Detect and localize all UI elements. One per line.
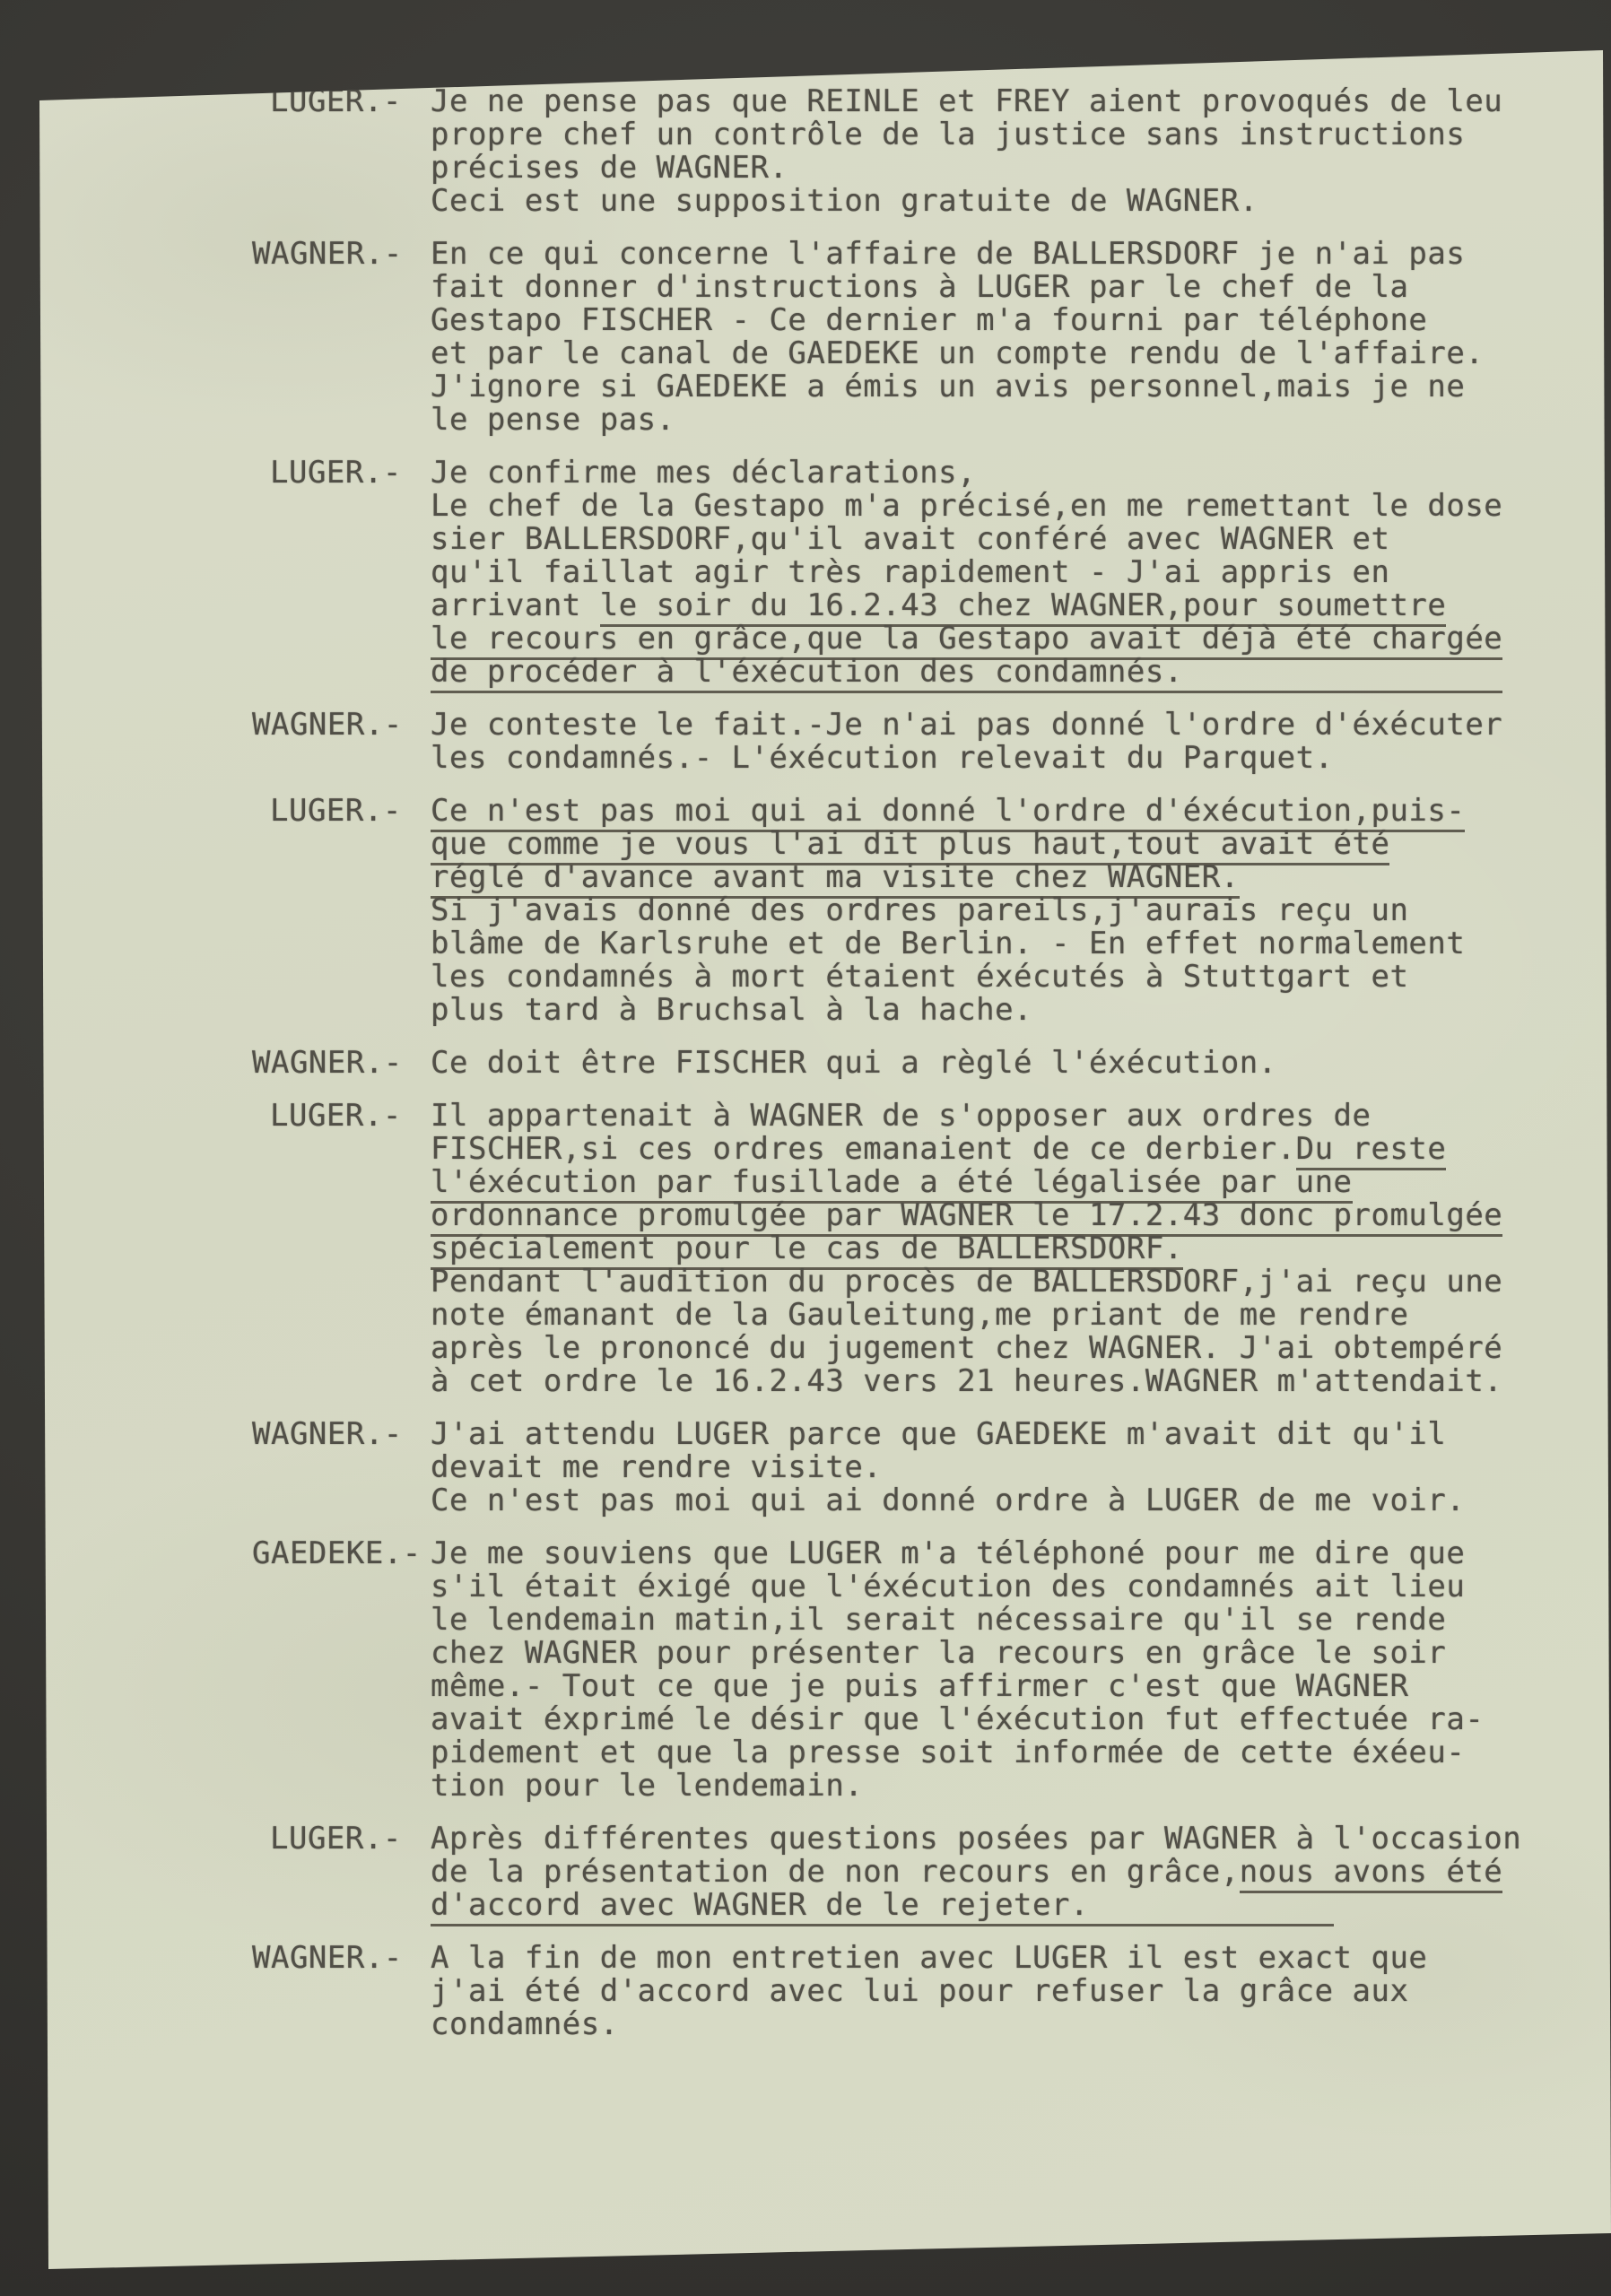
dialogue-entry: LUGER.-Je ne pense pas que REINLE et FRE… xyxy=(252,85,1611,218)
text-segment: s'il était éxigé que l'éxécution des con… xyxy=(431,1569,1465,1605)
text-segment: qu'il faillat agir très rapidement - J'a… xyxy=(431,554,1389,590)
dialogue-line: les condamnés.- L'éxécution relevait du … xyxy=(431,742,1611,775)
text-segment: sier BALLERSDORF,qu'il avait conféré ave… xyxy=(431,521,1389,557)
dialogue-line: sier BALLERSDORF,qu'il avait conféré ave… xyxy=(431,523,1611,556)
text-segment: tion pour le lendemain. xyxy=(431,1768,863,1804)
text-segment: Si j'avais donné des ordres pareils,j'au… xyxy=(431,892,1408,928)
dialogue-line: les condamnés à mort étaient éxécutés à … xyxy=(431,961,1611,994)
text-segment: A la fin de mon entretien avec LUGER il … xyxy=(431,1940,1427,1976)
dialogue-line: pidement et que la presse soit informée … xyxy=(431,1736,1611,1770)
text-segment: chez WAGNER pour présenter la recours en… xyxy=(431,1635,1446,1671)
dialogue-line: précises de WAGNER. xyxy=(431,152,1611,185)
text-segment: Ce n'est pas moi qui ai donné ordre à LU… xyxy=(431,1483,1465,1518)
text-segment: Je ne pense pas que REINLE et FREY aient… xyxy=(431,83,1502,119)
text-segment: J'ai attendu LUGER parce que GAEDEKE m'a… xyxy=(431,1416,1446,1452)
speaker-label: LUGER.- xyxy=(252,457,431,689)
dialogue-line: Je confirme mes déclarations, xyxy=(431,457,1611,490)
text-segment: les condamnés.- L'éxécution relevait du … xyxy=(431,740,1334,776)
dialogue-line: spécialement pour le cas de BALLERSDORF. xyxy=(431,1232,1611,1265)
speaker-label: WAGNER.- xyxy=(252,1047,431,1080)
speaker-label: LUGER.- xyxy=(252,1100,431,1398)
dialogue-paragraph: Je conteste le fait.-Je n'ai pas donné l… xyxy=(431,709,1611,775)
dialogue-line: devait me rendre visite. xyxy=(431,1451,1611,1484)
dialogue-line: Ceci est une supposition gratuite de WAG… xyxy=(431,185,1611,218)
text-segment: Gestapo FISCHER - Ce dernier m'a fourni … xyxy=(431,302,1427,338)
dialogue-entry: WAGNER.-A la fin de mon entretien avec L… xyxy=(252,1942,1611,2041)
text-segment: J'ignore si GAEDEKE a émis un avis perso… xyxy=(431,369,1465,404)
speaker-label: WAGNER.- xyxy=(252,1418,431,1518)
dialogue: LUGER.-Je ne pense pas que REINLE et FRE… xyxy=(252,85,1611,2061)
dialogue-line: avait éxprimé le désir que l'éxécution f… xyxy=(431,1703,1611,1736)
dialogue-line: chez WAGNER pour présenter la recours en… xyxy=(431,1637,1611,1670)
speaker-label: LUGER.- xyxy=(252,1822,431,1922)
text-segment: avait éxprimé le désir que l'éxécution f… xyxy=(431,1701,1484,1737)
dialogue-entry: GAEDEKE.-Je me souviens que LUGER m'a té… xyxy=(252,1537,1611,1803)
dialogue-entry: WAGNER.-Je conteste le fait.-Je n'ai pas… xyxy=(252,709,1611,775)
dialogue-entry: WAGNER.-J'ai attendu LUGER parce que GAE… xyxy=(252,1418,1611,1518)
dialogue-line: s'il était éxigé que l'éxécution des con… xyxy=(431,1570,1611,1604)
text-segment: En ce qui concerne l'affaire de BALLERSD… xyxy=(431,236,1465,272)
dialogue-line: le pense pas. xyxy=(431,404,1611,437)
document-page: LUGER.-Je ne pense pas que REINLE et FRE… xyxy=(0,0,1611,2296)
text-segment: après le prononcé du jugement chez WAGNE… xyxy=(431,1330,1502,1366)
dialogue-line: plus tard à Bruchsal à la hache. xyxy=(431,994,1611,1027)
underlined-text: d'accord avec WAGNER de le rejeter. xyxy=(431,1887,1334,1926)
text-segment: pidement et que la presse soit informée … xyxy=(431,1735,1465,1770)
text-segment: précises de WAGNER. xyxy=(431,150,788,186)
dialogue-paragraph: En ce qui concerne l'affaire de BALLERSD… xyxy=(431,238,1611,437)
dialogue-line: ordonnance promulgée par WAGNER le 17.2.… xyxy=(431,1199,1611,1232)
dialogue-line: que comme je vous l'ai dit plus haut,tou… xyxy=(431,828,1611,861)
text-segment: de la présentation de non recours en grâ… xyxy=(431,1854,1240,1890)
dialogue-line: Le chef de la Gestapo m'a précisé,en me … xyxy=(431,490,1611,523)
dialogue-line: le recours en grâce,que la Gestapo avait… xyxy=(431,622,1611,656)
dialogue-entry: LUGER.-Il appartenait à WAGNER de s'oppo… xyxy=(252,1100,1611,1398)
text-segment: à cet ordre le 16.2.43 vers 21 heures.WA… xyxy=(431,1363,1502,1399)
speaker-label: LUGER.- xyxy=(252,85,431,218)
dialogue-line: de procéder à l'éxécution des condamnés. xyxy=(431,656,1611,689)
speaker-label: WAGNER.- xyxy=(252,709,431,775)
dialogue-line: Gestapo FISCHER - Ce dernier m'a fourni … xyxy=(431,304,1611,337)
dialogue-paragraph: Il appartenait à WAGNER de s'opposer aux… xyxy=(431,1100,1611,1398)
dialogue-paragraph: Je me souviens que LUGER m'a téléphoné p… xyxy=(431,1537,1611,1803)
text-segment: le lendemain matin,il serait nécessaire … xyxy=(431,1602,1446,1638)
text-segment: Le chef de la Gestapo m'a précisé,en me … xyxy=(431,488,1502,524)
speaker-label: LUGER.- xyxy=(252,795,431,1027)
dialogue-paragraph: Je confirme mes déclarations,Le chef de … xyxy=(431,457,1611,689)
text-segment: propre chef un contrôle de la justice sa… xyxy=(431,117,1465,152)
dialogue-paragraph: Ce doit être FISCHER qui a règlé l'éxécu… xyxy=(431,1047,1611,1080)
text-segment: les condamnés à mort étaient éxécutés à … xyxy=(431,959,1408,995)
dialogue-entry: LUGER.-Ce n'est pas moi qui ai donné l'o… xyxy=(252,795,1611,1027)
text-segment: Après différentes questions posées par W… xyxy=(431,1821,1521,1857)
dialogue-line: de la présentation de non recours en grâ… xyxy=(431,1856,1611,1889)
dialogue-line: En ce qui concerne l'affaire de BALLERSD… xyxy=(431,238,1611,271)
dialogue-line: Après différentes questions posées par W… xyxy=(431,1822,1611,1856)
dialogue-line: note émanant de la Gauleitung,me priant … xyxy=(431,1299,1611,1332)
dialogue-line: Ce doit être FISCHER qui a règlé l'éxécu… xyxy=(431,1047,1611,1080)
dialogue-line: Il appartenait à WAGNER de s'opposer aux… xyxy=(431,1100,1611,1133)
dialogue-line: j'ai été d'accord avec lui pour refuser … xyxy=(431,1975,1611,2008)
dialogue-line: d'accord avec WAGNER de le rejeter. xyxy=(431,1889,1611,1922)
dialogue-line: réglé d'avance avant ma visite chez WAGN… xyxy=(431,861,1611,894)
dialogue-line: arrivant le soir du 16.2.43 chez WAGNER,… xyxy=(431,589,1611,622)
dialogue-line: le lendemain matin,il serait nécessaire … xyxy=(431,1604,1611,1637)
text-segment: j'ai été d'accord avec lui pour refuser … xyxy=(431,1973,1408,2009)
text-segment: Je confirme mes déclarations, xyxy=(431,455,976,491)
dialogue-entry: LUGER.-Après différentes questions posée… xyxy=(252,1822,1611,1922)
dialogue-paragraph: Ce n'est pas moi qui ai donné l'ordre d'… xyxy=(431,795,1611,1027)
dialogue-paragraph: Je ne pense pas que REINLE et FREY aient… xyxy=(431,85,1611,218)
text-segment: Je me souviens que LUGER m'a téléphoné p… xyxy=(431,1535,1465,1571)
dialogue-entry: WAGNER.-En ce qui concerne l'affaire de … xyxy=(252,238,1611,437)
text-segment: Je conteste le fait.-Je n'ai pas donné l… xyxy=(431,707,1502,743)
dialogue-line: après le prononcé du jugement chez WAGNE… xyxy=(431,1332,1611,1365)
underlined-text: de procéder à l'éxécution des condamnés. xyxy=(431,654,1502,693)
dialogue-line: à cet ordre le 16.2.43 vers 21 heures.WA… xyxy=(431,1365,1611,1398)
dialogue-line: propre chef un contrôle de la justice sa… xyxy=(431,118,1611,152)
text-segment: note émanant de la Gauleitung,me priant … xyxy=(431,1297,1408,1333)
dialogue-paragraph: A la fin de mon entretien avec LUGER il … xyxy=(431,1942,1611,2041)
text-segment: et par le canal de GAEDEKE un compte ren… xyxy=(431,335,1484,371)
speaker-label: WAGNER.- xyxy=(252,1942,431,2041)
dialogue-line: FISCHER,si ces ordres emanaient de ce de… xyxy=(431,1133,1611,1166)
dialogue-line: Si j'avais donné des ordres pareils,j'au… xyxy=(431,894,1611,927)
dialogue-line: qu'il faillat agir très rapidement - J'a… xyxy=(431,556,1611,589)
text-segment: Ce doit être FISCHER qui a règlé l'éxécu… xyxy=(431,1045,1277,1081)
text-segment: fait donner d'instructions à LUGER par l… xyxy=(431,269,1408,305)
speaker-label: WAGNER.- xyxy=(252,238,431,437)
speaker-label: GAEDEKE.- xyxy=(252,1537,431,1803)
dialogue-line: fait donner d'instructions à LUGER par l… xyxy=(431,271,1611,304)
text-segment: même.- Tout ce que je puis affirmer c'es… xyxy=(431,1668,1408,1704)
dialogue-line: Je ne pense pas que REINLE et FREY aient… xyxy=(431,85,1611,118)
dialogue-line: blâme de Karlsruhe et de Berlin. - En ef… xyxy=(431,927,1611,961)
dialogue-line: Ce n'est pas moi qui ai donné ordre à LU… xyxy=(431,1484,1611,1518)
text-segment: le pense pas. xyxy=(431,402,675,438)
dialogue-line: et par le canal de GAEDEKE un compte ren… xyxy=(431,337,1611,370)
dialogue-line: l'éxécution par fusillade a été légalisé… xyxy=(431,1166,1611,1199)
dialogue-line: Je conteste le fait.-Je n'ai pas donné l… xyxy=(431,709,1611,742)
dialogue-entry: WAGNER.-Ce doit être FISCHER qui a règlé… xyxy=(252,1047,1611,1080)
dialogue-line: J'ignore si GAEDEKE a émis un avis perso… xyxy=(431,370,1611,404)
dialogue-line: Ce n'est pas moi qui ai donné l'ordre d'… xyxy=(431,795,1611,828)
dialogue-line: tion pour le lendemain. xyxy=(431,1770,1611,1803)
text-segment: condamnés. xyxy=(431,2006,619,2042)
text-segment: arrivant xyxy=(431,587,600,623)
dialogue-line: Je me souviens que LUGER m'a téléphoné p… xyxy=(431,1537,1611,1570)
text-segment: blâme de Karlsruhe et de Berlin. - En ef… xyxy=(431,926,1465,961)
text-segment: FISCHER,si ces ordres emanaient de ce de… xyxy=(431,1131,1296,1167)
dialogue-line: même.- Tout ce que je puis affirmer c'es… xyxy=(431,1670,1611,1703)
dialogue-line: condamnés. xyxy=(431,2008,1611,2041)
dialogue-paragraph: Après différentes questions posées par W… xyxy=(431,1822,1611,1922)
text-segment: Pendant l'audition du procès de BALLERSD… xyxy=(431,1264,1502,1300)
dialogue-paragraph: J'ai attendu LUGER parce que GAEDEKE m'a… xyxy=(431,1418,1611,1518)
dialogue-line: Pendant l'audition du procès de BALLERSD… xyxy=(431,1265,1611,1299)
text-segment: devait me rendre visite. xyxy=(431,1449,882,1485)
dialogue-entry: LUGER.-Je confirme mes déclarations,Le c… xyxy=(252,457,1611,689)
text-segment: Ceci est une supposition gratuite de WAG… xyxy=(431,183,1258,219)
scanner-background: LUGER.-Je ne pense pas que REINLE et FRE… xyxy=(0,0,1611,2296)
dialogue-line: J'ai attendu LUGER parce que GAEDEKE m'a… xyxy=(431,1418,1611,1451)
dialogue-line: A la fin de mon entretien avec LUGER il … xyxy=(431,1942,1611,1975)
text-segment: plus tard à Bruchsal à la hache. xyxy=(431,992,1032,1028)
text-segment: Il appartenait à WAGNER de s'opposer aux… xyxy=(431,1098,1372,1134)
